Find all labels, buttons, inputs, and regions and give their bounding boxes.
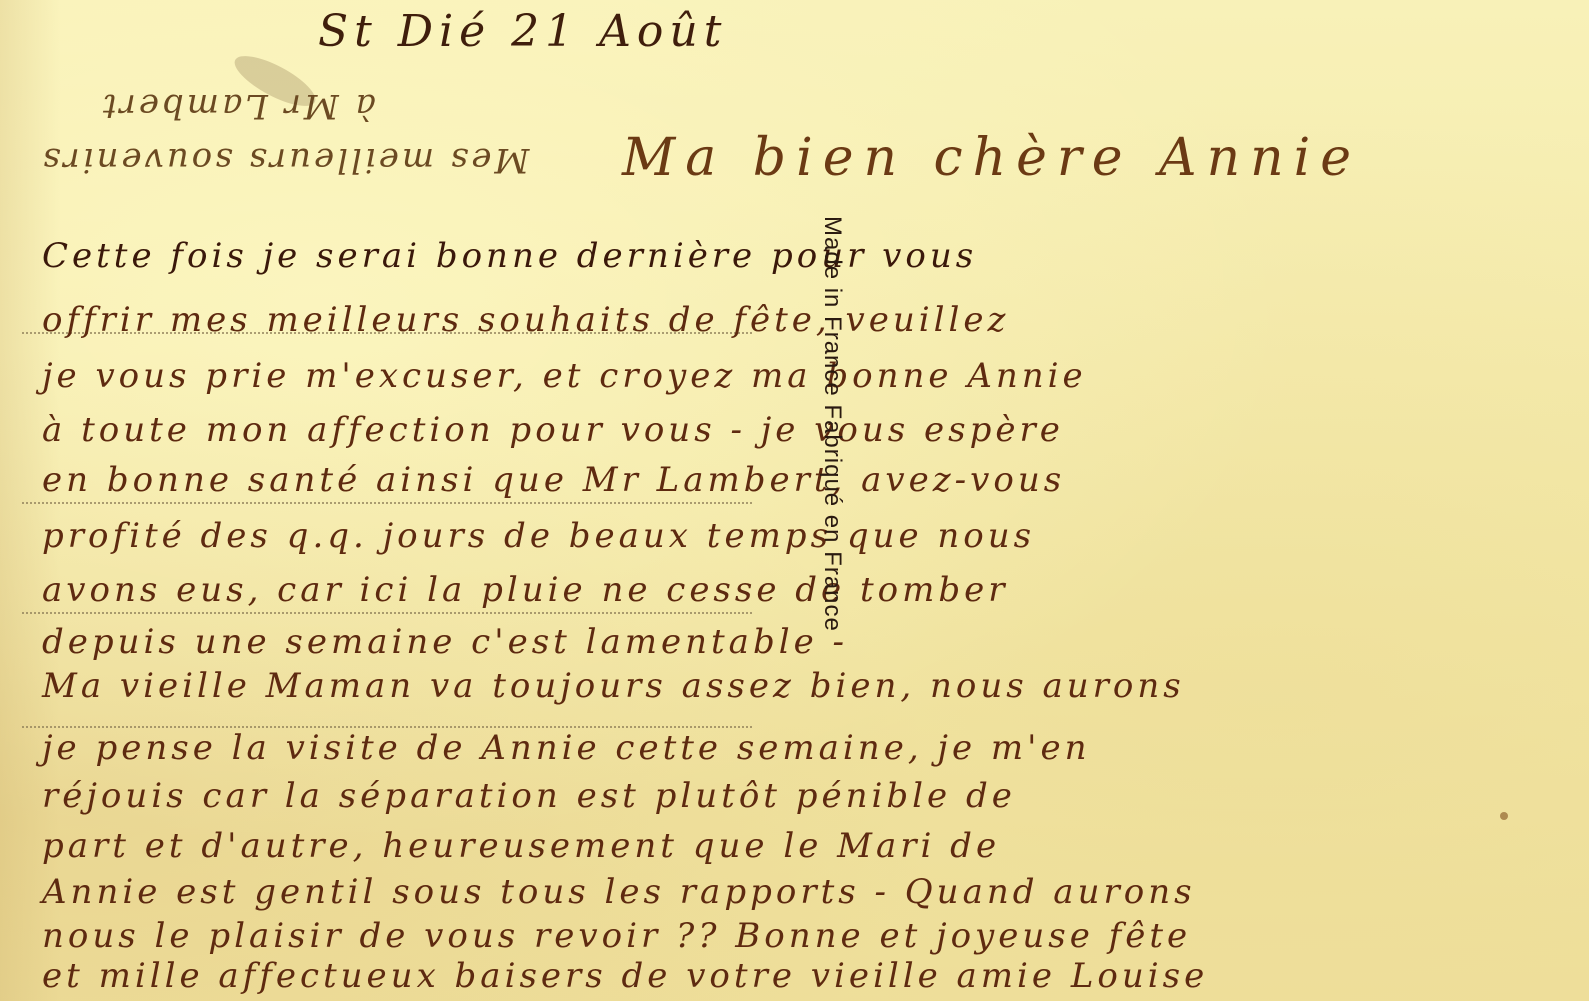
letter-line: Ma vieille Maman va toujours assez bien,… <box>42 666 1185 706</box>
inverted-note-line: Mes meilleurs souvenirs <box>40 140 529 180</box>
letter-line: offrir mes meilleurs souhaits de fête, v… <box>42 300 1009 340</box>
letter-line: profité des q.q. jours de beaux temps qu… <box>42 516 1035 556</box>
letter-line: nous le plaisir de vous revoir ?? Bonne … <box>42 916 1191 956</box>
letter-line: et mille affectueux baisers de votre vie… <box>42 956 1208 996</box>
postcard: St Dié 21 Août à Mr Lambert Mes meilleur… <box>0 0 1589 1001</box>
letter-line: en bonne santé ainsi que Mr Lambert, ave… <box>42 460 1065 500</box>
letter-line: depuis une semaine c'est lamentable - <box>42 622 848 662</box>
dotted-address-rule <box>22 502 752 504</box>
printed-origin-label: Made in France Fabriqué en France <box>818 216 846 632</box>
letter-line: à toute mon affection pour vous - je vou… <box>42 410 1064 450</box>
letter-line: réjouis car la séparation est plutôt pén… <box>42 776 1016 816</box>
date-line: St Dié 21 Août <box>318 6 727 57</box>
letter-line: avons eus, car ici la pluie ne cesse de … <box>42 570 1008 610</box>
inverted-note-line: à Mr Lambert <box>100 86 376 126</box>
letter-line: Annie est gentil sous tous les rapports … <box>42 872 1196 912</box>
salutation: Ma bien chère Annie <box>622 128 1361 188</box>
dotted-address-rule <box>22 612 752 614</box>
letter-line: je pense la visite de Annie cette semain… <box>42 728 1091 768</box>
letter-line: part et d'autre, heureusement que le Mar… <box>42 826 1000 866</box>
letter-line: je vous prie m'excuser, et croyez ma bon… <box>42 356 1087 396</box>
ink-spot <box>1500 812 1508 820</box>
